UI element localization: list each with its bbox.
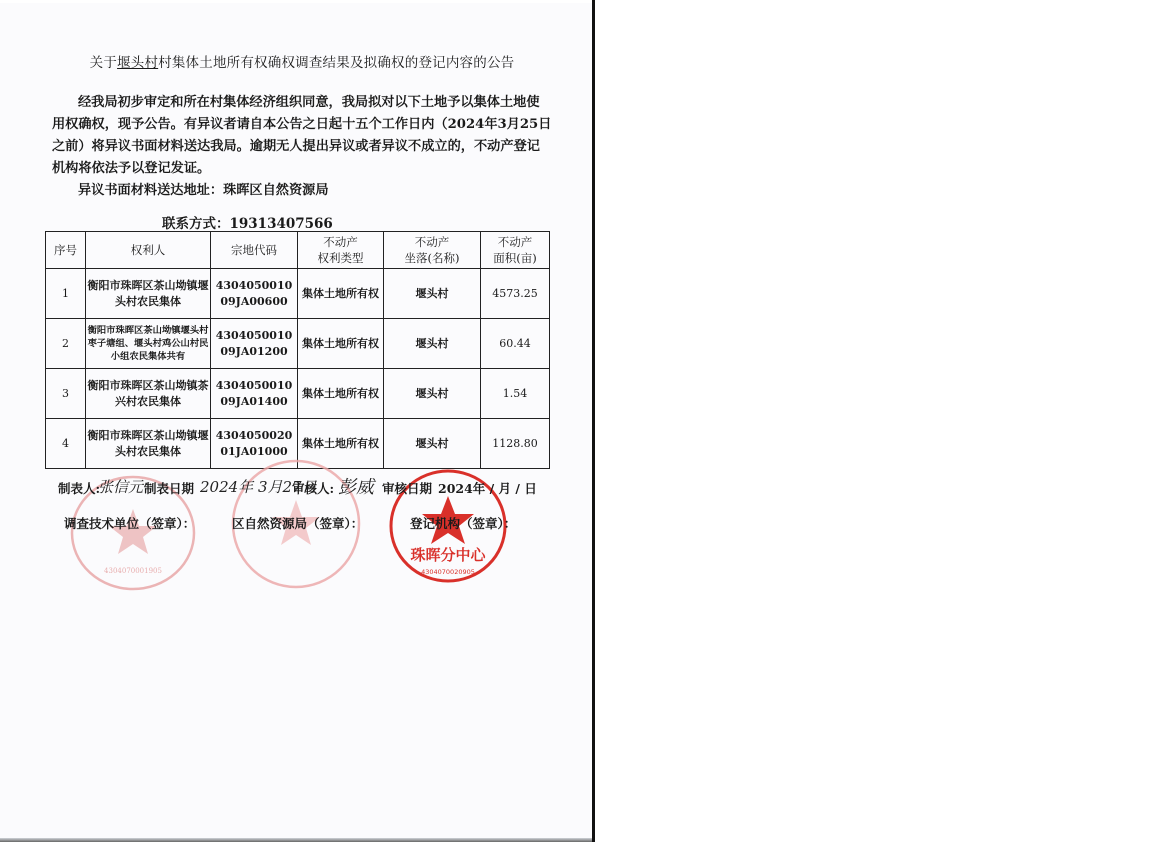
title-rest: 村集体土地所有权确权调查结果及拟确权的登记内容的公告 [158,55,514,71]
cell-right-type: 集体土地所有权 [298,369,384,419]
title-village: 堰头村 [117,55,158,71]
preparer-signature: 张信元 [98,476,143,497]
cell-parcel-code: 430405001009JA01200 [211,319,298,369]
cell-area: 1.54 [481,369,550,419]
notice-title: 关于堰头村村集体土地所有权确权调查结果及拟确权的登记内容的公告 [62,51,542,71]
stamp-code: 4304070001905 [104,567,162,575]
reviewer-signature: 彭威 [338,473,374,499]
col-header-right-type: 不动产权利类型 [298,232,384,269]
objection-address: 异议书面材料送达地址：珠晖区自然资源局 [78,179,329,198]
cell-location: 堰头村 [384,269,481,319]
table-body: 1衡阳市珠晖区茶山坳镇堰头村农民集体430405001009JA00600集体土… [46,269,550,469]
survey-unit-seal-label: 调查技术单位（签章）： [64,514,195,532]
col-header-parcel-code: 宗地代码 [211,232,298,269]
svg-text:4304070020905: 4304070020905 [421,568,475,576]
title-prefix: 关于 [90,55,117,71]
page-edge-bottom [0,838,592,842]
contact-phone: 19313407566 [230,216,333,232]
address-value: 珠晖区自然资源局 [223,183,329,198]
cell-no: 1 [46,269,86,319]
col-header-owner: 权利人 [86,232,211,269]
cell-no: 2 [46,319,86,369]
cell-area: 4573.25 [481,269,550,319]
cell-parcel-code: 430405001009JA01400 [211,369,298,419]
cell-area: 1128.80 [481,419,550,469]
notice-paragraph: 经我局初步审定和所在村集体经济组织同意，我局拟对以下土地予以集体土地使用权确权，… [52,92,552,180]
page-edge-right [592,0,595,842]
reviewer-label: 审核人: [292,479,334,497]
contact-info: 联系方式：19313407566 [162,212,333,232]
contact-label: 联系方式： [162,216,230,232]
scanned-page: 关于堰头村村集体土地所有权确权调查结果及拟确权的登记内容的公告 经我局初步审定和… [0,0,592,840]
cell-owner: 衡阳市珠晖区茶山坳镇堰头村农民集体 [86,419,211,469]
col-header-area: 不动产面积(亩) [481,232,550,269]
registry-seal-label: 登记机构（签章）： [410,514,516,532]
cell-parcel-code: 430405001009JA00600 [211,269,298,319]
page-edge-top [0,0,592,3]
prepare-date-label: 制表日期 [144,479,194,497]
review-date-value: 2024年 / 月 / 日 [438,479,537,497]
cell-owner: 衡阳市珠晖区茶山坳镇堰头村枣子塘组、堰头村鸡公山村民小组农民集体共有 [86,319,211,369]
cell-no: 4 [46,419,86,469]
col-header-location: 不动产坐落(名称) [384,232,481,269]
cell-owner: 衡阳市珠晖区茶山坳镇茶兴村农民集体 [86,369,211,419]
cell-location: 堰头村 [384,319,481,369]
cell-no: 3 [46,369,86,419]
preparer-label: 制表人: [58,479,100,497]
review-date-label: 审核日期 [382,479,432,497]
address-label: 异议书面材料送达地址： [78,183,223,198]
table-row: 2衡阳市珠晖区茶山坳镇堰头村枣子塘组、堰头村鸡公山村民小组农民集体共有43040… [46,319,550,369]
registration-table: 序号 权利人 宗地代码 不动产权利类型 不动产坐落(名称) 不动产面积(亩) 1… [45,231,550,469]
cell-location: 堰头村 [384,419,481,469]
table-row: 3衡阳市珠晖区茶山坳镇茶兴村农民集体430405001009JA01400集体土… [46,369,550,419]
table-row: 1衡阳市珠晖区茶山坳镇堰头村农民集体430405001009JA00600集体土… [46,269,550,319]
table-header-row: 序号 权利人 宗地代码 不动产权利类型 不动产坐落(名称) 不动产面积(亩) [46,232,550,269]
cell-right-type: 集体土地所有权 [298,269,384,319]
cell-location: 堰头村 [384,369,481,419]
col-header-no: 序号 [46,232,86,269]
cell-owner: 衡阳市珠晖区茶山坳镇堰头村农民集体 [86,269,211,319]
stamp-subtext: 珠晖分中心 [410,546,486,564]
cell-right-type: 集体土地所有权 [298,319,384,369]
bureau-seal-label: 区自然资源局（签章）： [232,514,363,532]
cell-area: 60.44 [481,319,550,369]
